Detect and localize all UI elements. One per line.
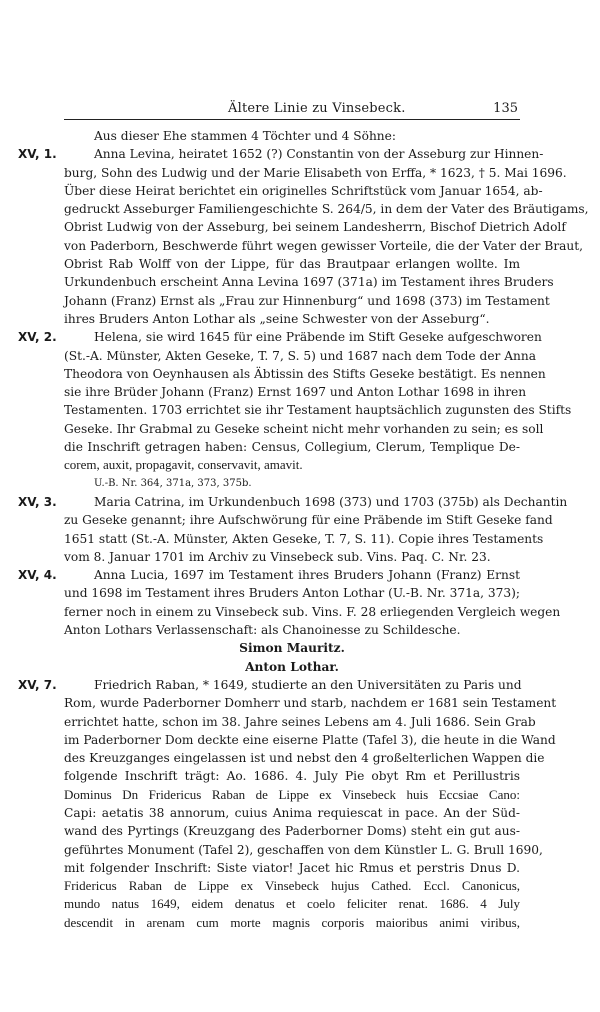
source-reference: U.-B. Nr. 364, 371a, 373, 375b.: [94, 475, 252, 493]
intro-line: Aus dieser Ehe stammen 4 Töchter und 4 S…: [94, 127, 520, 145]
entry-line: Helena, sie wird 1645 für eine Präbende …: [94, 328, 520, 346]
entry-line: Rom, wurde Paderborner Domherr und starb…: [64, 694, 520, 712]
book-page: Ältere Linie zu Vinsebeck. 135 Aus diese…: [0, 0, 600, 1012]
entry-line: Anton Lothars Verlassenschaft: als Chano…: [64, 621, 520, 639]
entry-number: XV, 7.: [18, 676, 57, 694]
entry-line: sie ihre Brüder Johann (Franz) Ernst 169…: [64, 383, 520, 401]
entry-line: im Paderborner Dom deckte eine eiserne P…: [64, 731, 520, 749]
centered-name: Simon Mauritz.: [64, 639, 520, 657]
entry-number: XV, 3.: [18, 493, 57, 511]
entry-line: folgende Inschrift trägt: Ao. 1686. 4. J…: [64, 767, 520, 785]
entry-line: gedruckt Asseburger Familiengeschichte S…: [64, 200, 520, 218]
entry-line: mundo natus 1649, eidem denatus et coelo…: [64, 895, 520, 913]
entry-line: Friedrich Raban, * 1649, studierte an de…: [94, 676, 520, 694]
entry-line: Obrist Ludwig von der Asseburg, bei sein…: [64, 218, 520, 236]
entry-line: Testamenten. 1703 errichtet sie ihr Test…: [64, 401, 520, 419]
running-header: Ältere Linie zu Vinsebeck. 135: [64, 101, 520, 120]
entry-line: die Inschrift getragen haben: Census, Co…: [64, 438, 520, 456]
entry-line: Anna Lucia, 1697 im Testament ihres Brud…: [94, 566, 520, 584]
entry-number: XV, 1.: [18, 145, 57, 163]
entry-line: Theodora von Oeynhausen als Äbtissin des…: [64, 365, 520, 383]
entry-number: XV, 2.: [18, 328, 57, 346]
entry-line: descendit in arenam cum morte magnis cor…: [64, 914, 520, 932]
entry-line: des Kreuzganges eingelassen ist und nebs…: [64, 749, 520, 767]
entry-line: zu Geseke genannt; ihre Aufschwörung für…: [64, 511, 520, 529]
entry-line: geführtes Monument (Tafel 2), geschaffen…: [64, 841, 520, 859]
entry-number: XV, 4.: [18, 566, 57, 584]
entry-line: ferner noch in einem zu Vinsebeck sub. V…: [64, 603, 520, 621]
entry-line: Geseke. Ihr Grabmal zu Geseke scheint ni…: [64, 420, 520, 438]
page-number: 135: [493, 101, 518, 116]
entry-line: 1651 statt (St.-A. Münster, Akten Geseke…: [64, 530, 520, 548]
entry-line: corem, auxit, propagavit, conservavit, a…: [64, 456, 520, 474]
entry-line: Über diese Heirat berichtet ein originel…: [64, 182, 520, 200]
entry-line: Urkundenbuch erscheint Anna Levina 1697 …: [64, 273, 520, 291]
page-body: Aus dieser Ehe stammen 4 Töchter und 4 S…: [0, 127, 600, 932]
entry-line: mit folgender Inschrift: Siste viator! J…: [64, 859, 520, 877]
entry-line: errichtet hatte, schon im 38. Jahre sein…: [64, 713, 520, 731]
entry-line: von Paderborn, Beschwerde führt wegen ge…: [64, 237, 520, 255]
running-title: Ältere Linie zu Vinsebeck.: [228, 101, 406, 116]
entry-line: Anna Levina, heiratet 1652 (?) Constanti…: [94, 145, 520, 163]
centered-name: Anton Lothar.: [64, 658, 520, 676]
entry-line: Maria Catrina, im Urkundenbuch 1698 (373…: [94, 493, 520, 511]
entry-line: (St.-A. Münster, Akten Geseke, T. 7, S. …: [64, 347, 520, 365]
entry-line: wand des Pyrtings (Kreuzgang des Paderbo…: [64, 822, 520, 840]
entry-line: und 1698 im Testament ihres Bruders Anto…: [64, 584, 520, 602]
entry-line: vom 8. Januar 1701 im Archiv zu Vinsebec…: [64, 548, 520, 566]
entry-line: ihres Bruders Anton Lothar als „seine Sc…: [64, 310, 520, 328]
entry-line: Capi: aetatis 38 annorum, cuius Anima re…: [64, 804, 520, 822]
entry-line: Fridericus Raban de Lippe ex Vinsebeck h…: [64, 877, 520, 895]
entry-line: Obrist Rab Wolff von der Lippe, für das …: [64, 255, 520, 273]
entry-line: burg, Sohn des Ludwig und der Marie Elis…: [64, 164, 520, 182]
entry-line: Johann (Franz) Ernst als „Frau zur Hinne…: [64, 292, 520, 310]
entry-line: Dominus Dn Fridericus Raban de Lippe ex …: [64, 786, 520, 804]
